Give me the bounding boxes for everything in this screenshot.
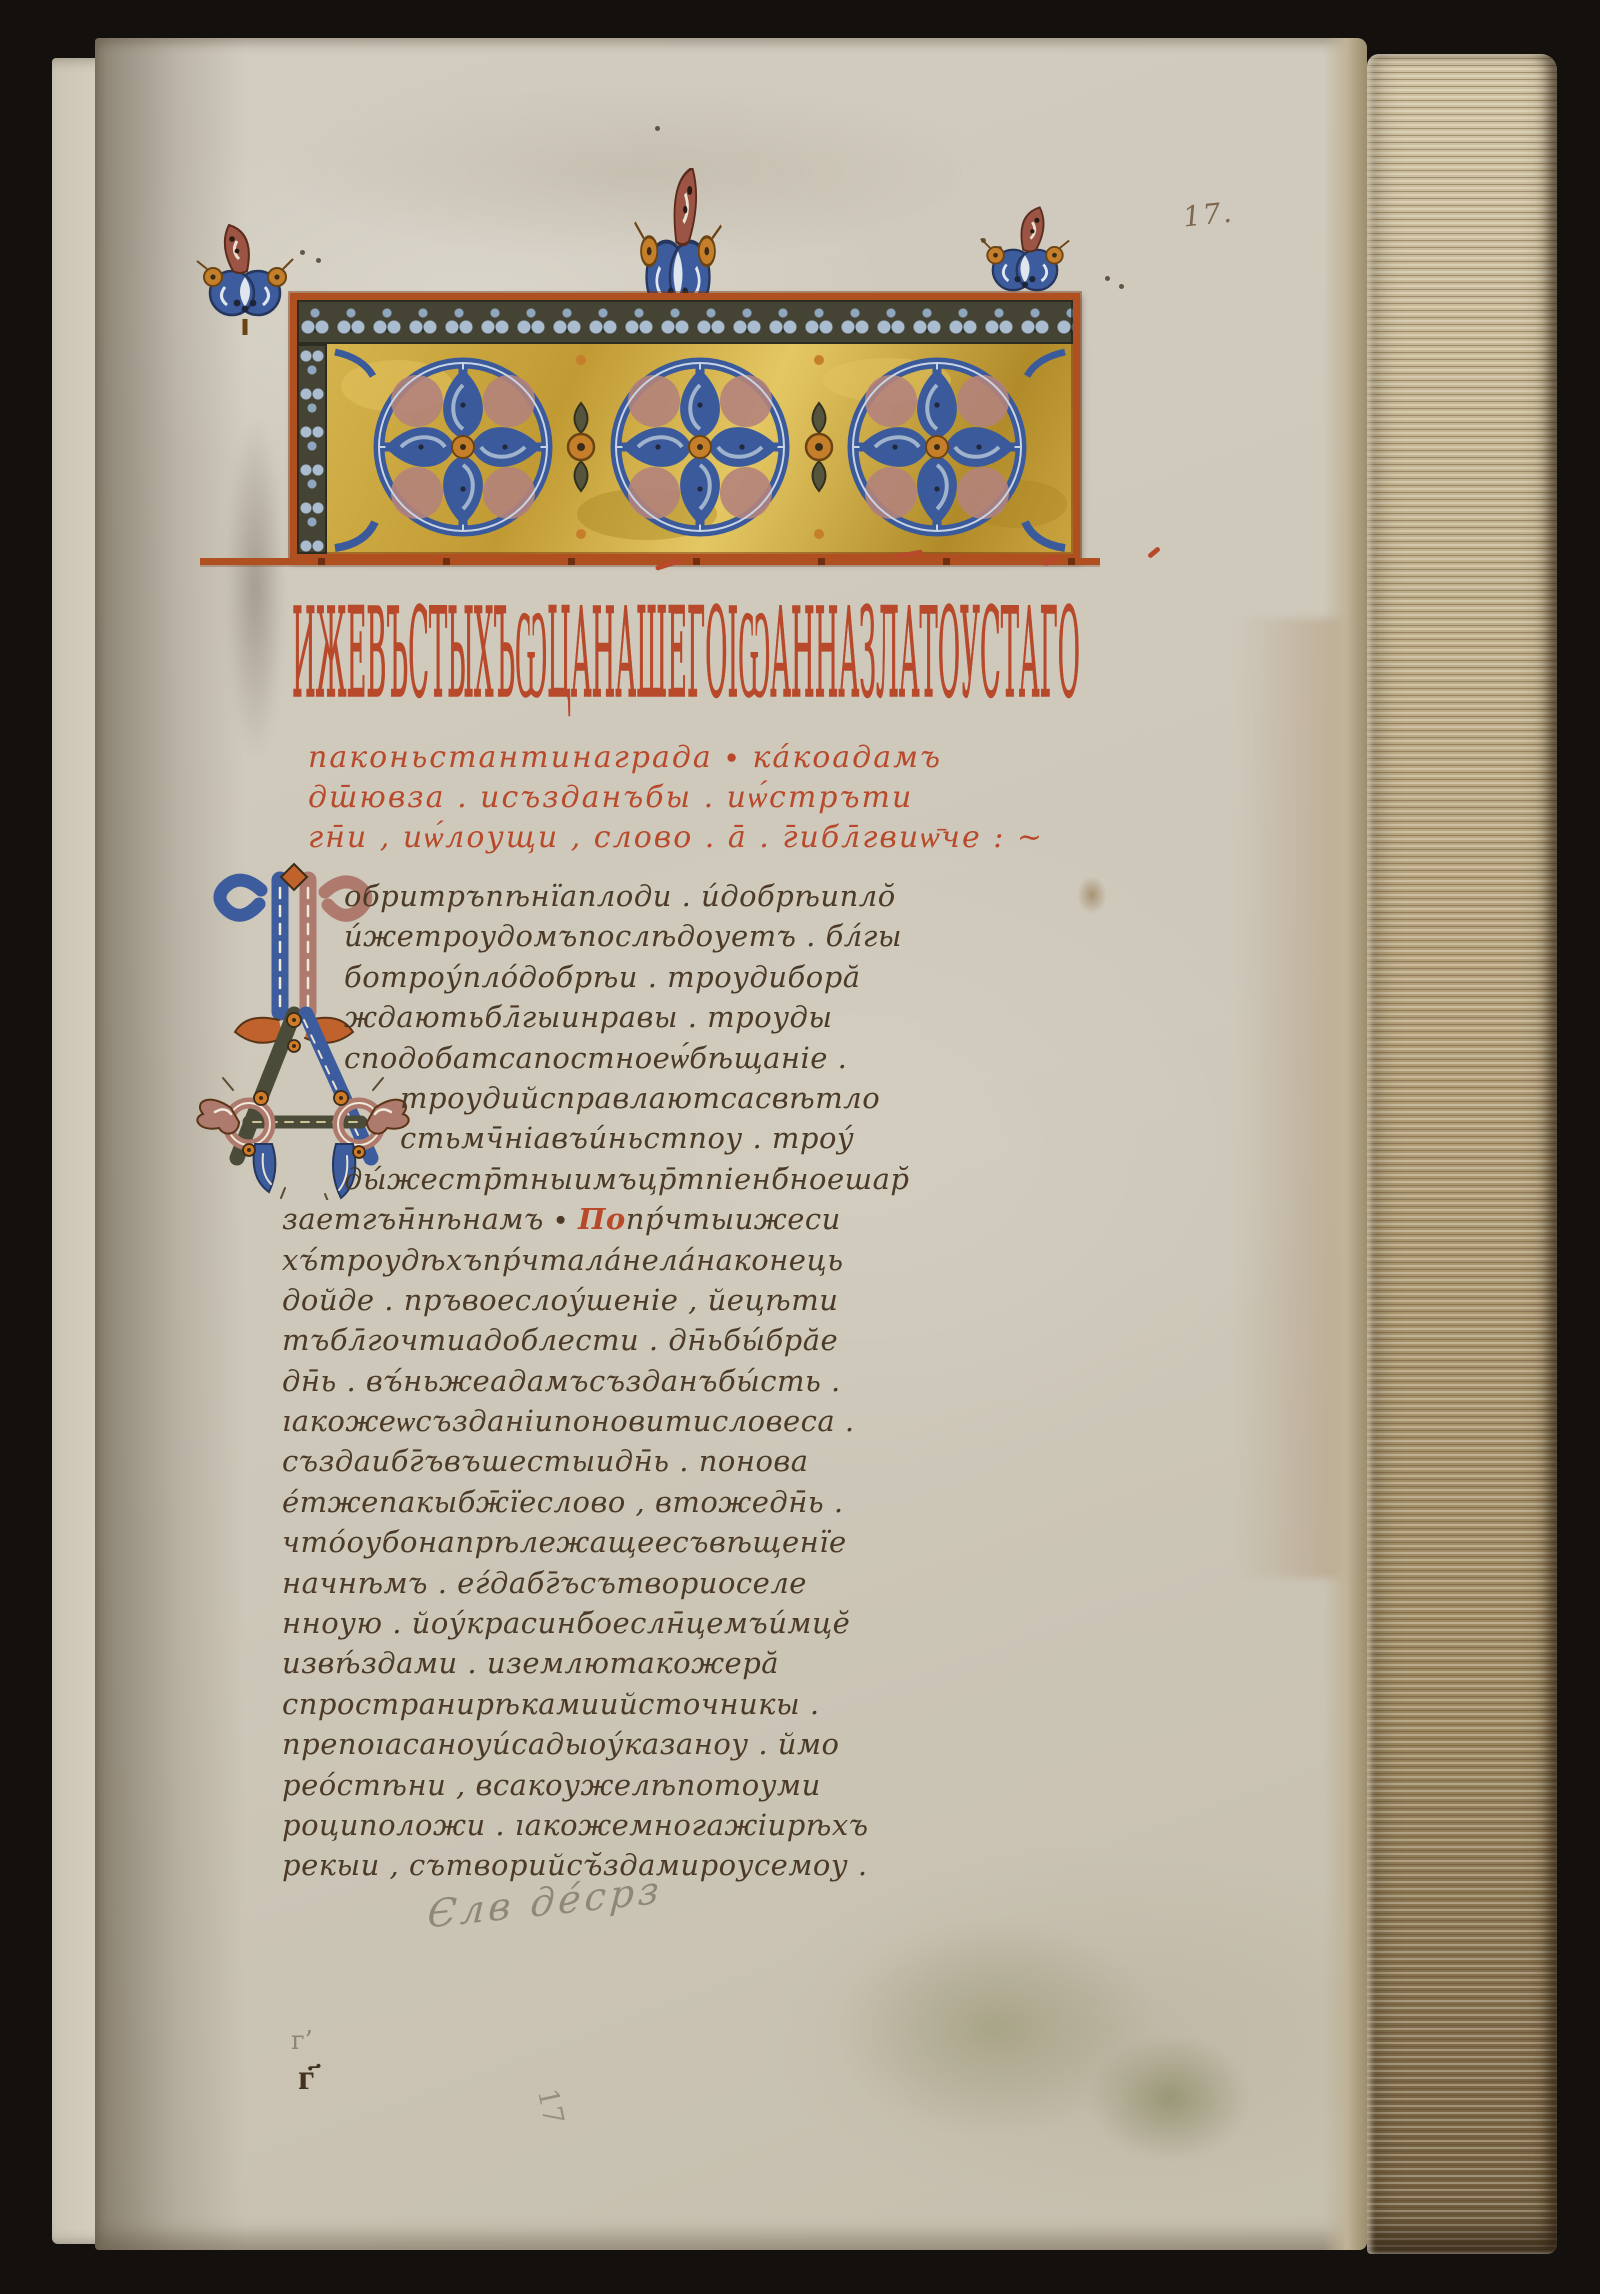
stain xyxy=(1055,2008,1285,2188)
quire-mark: г҃ xyxy=(298,2056,314,2098)
text-run-ink: тъбл̄гочтиадоблести . дн̄ьбы́брӑе xyxy=(282,1323,838,1357)
text-line: что́оубонапрѣлежащеесъвѣщенїе xyxy=(282,1522,1122,1562)
body-text-block: обритръпѣнїаплоди . и́добрѣипло̆и́жетроу… xyxy=(282,876,1122,1886)
stain xyxy=(775,1878,1215,2178)
text-line: начнѣмъ . еѓдабг̄ъсътвориоселе xyxy=(282,1563,1122,1603)
text-run-ink: ды́жестр̄тныимъцр̄тпіенб̄ноешар̆ xyxy=(344,1162,909,1196)
text-run-red: По xyxy=(578,1202,626,1236)
ink-speck xyxy=(1119,284,1124,289)
text-run-ink: рео́стѣни , всакоужелѣпотоуми xyxy=(282,1768,821,1802)
text-run-ink: дойде . пръвоеслоу́шеніе , йецѣти xyxy=(282,1283,838,1317)
text-run-ink: что́оубонапрѣлежащеесъвѣщенїе xyxy=(282,1525,847,1559)
text-run-ink: ботроу́пло́добрѣи . троудиборӑ xyxy=(344,960,861,994)
text-run-ink: извѣ́здами . иземлютакожерӑ xyxy=(282,1646,779,1680)
palmette-band-icon xyxy=(297,300,1073,344)
rubric-line: паконьстантинаграда ∙ ка́коадамъ xyxy=(308,738,1188,778)
text-run-ink: е́тжепакыбж̄їеслово , втожедн̄ь . xyxy=(282,1485,844,1519)
finial-left-icon xyxy=(195,224,295,336)
text-line: ждаютьбл̄гыинравы . троуды xyxy=(282,997,1122,1037)
text-run-ink: ждаютьбл̄гыинравы . троуды xyxy=(344,1000,833,1034)
page-edge-shading xyxy=(1323,38,1367,2250)
quire-mark-faint: г’ xyxy=(291,2026,313,2056)
text-run-ink: роциположи . ıакожемногажіирѣхъ xyxy=(282,1808,869,1842)
rubric-line: дш̄ювза . исъзданъбы . иѡ́стръти xyxy=(308,778,1188,818)
manuscript-page: 17. xyxy=(95,38,1367,2250)
text-run-ink: пр́чтыижеси xyxy=(626,1202,841,1236)
book-fore-edge xyxy=(1367,54,1557,2254)
text-run-ink: ıакожеѡсъзданіипоновитисловеса . xyxy=(282,1404,855,1438)
text-run-ink: начнѣмъ . еѓдабг̄ъсътвориоселе xyxy=(282,1566,807,1600)
text-line: троудийсправлаютсасвѣтло xyxy=(282,1078,1122,1118)
text-line: ботроу́пло́добрѣи . троудиборӑ xyxy=(282,957,1122,997)
text-line: заетгън̄нѣнамъ ∙ Попр́чтыижеси xyxy=(282,1199,1122,1239)
text-line: роциположи . ıакожемногажіирѣхъ xyxy=(282,1805,1122,1845)
text-run-ink: нноую . йоу́красинб̄оеслн̄цемъи́мцӗ xyxy=(282,1606,850,1640)
text-run-ink: заетгън̄нѣнамъ ∙ xyxy=(282,1202,578,1236)
rubric-block: паконьстантинаграда ∙ ка́коадамъдш̄ювза … xyxy=(308,738,1188,858)
book-photograph: 17. xyxy=(0,0,1600,2294)
text-line: обритръпѣнїаплоди . и́добрѣипло̆ xyxy=(282,876,1122,916)
text-line: сподобатсапостноеѡ́бѣщаніе . xyxy=(282,1038,1122,1078)
text-run-ink: хъ́троудѣхъпр́чтала́нела́наконець xyxy=(282,1243,843,1277)
text-line: е́тжепакыбж̄їеслово , втожедн̄ь . xyxy=(282,1482,1122,1522)
text-run-ink: и́жетроудомъпослѣдоуетъ . бл́гы xyxy=(344,919,902,953)
ink-speck xyxy=(655,126,660,131)
text-run-ink: дн̄ь . въ́ньжеадамъсъзданъбы́сть . xyxy=(282,1364,841,1398)
ink-speck xyxy=(300,250,305,255)
text-line: дойде . пръвоеслоу́шеніе , йецѣти xyxy=(282,1280,1122,1320)
text-line: тъбл̄гочтиадоблести . дн̄ьбы́брӑе xyxy=(282,1320,1122,1360)
text-line: създаибг̄ъвъшестыидн̄ь . понова xyxy=(282,1441,1122,1481)
text-line: стьмч̄ніавъи́ньстпоу . троу́ xyxy=(282,1118,1122,1158)
rubric-line: гн̄и , иѡ́лоущи , слово . а̄ . г̄ибл̄гви… xyxy=(308,818,1188,858)
headpiece-base-rule xyxy=(200,558,1100,565)
headpiece-ornament xyxy=(290,293,1080,561)
text-line: извѣ́здами . иземлютакожерӑ xyxy=(282,1643,1122,1683)
vyaz-title-block: ИЖЕВЪСТЫХЪѠЦАНАШЕГОІѠАННАЗЛАТОУСТАГО xyxy=(290,584,1085,720)
text-run-ink: троудийсправлаютсасвѣтло xyxy=(400,1081,880,1115)
pencil-foliation: 17 xyxy=(531,2086,571,2128)
text-run-ink: стьмч̄ніавъи́ньстпоу . троу́ xyxy=(400,1121,854,1155)
folio-number: 17. xyxy=(1181,195,1235,233)
vyaz-title-text: ИЖЕВЪСТЫХЪѠЦАНАШЕГОІѠАННАЗЛАТОУСТАГО xyxy=(292,584,1080,720)
ink-speck xyxy=(1105,276,1110,281)
text-line: хъ́троудѣхъпр́чтала́нела́наконець xyxy=(282,1240,1122,1280)
text-line: ıакожеѡсъзданіипоновитисловеса . xyxy=(282,1401,1122,1441)
text-line: рео́стѣни , всакоужелѣпотоуми xyxy=(282,1765,1122,1805)
text-run-ink: създаибг̄ъвъшестыидн̄ь . понова xyxy=(282,1444,809,1478)
text-run-ink: обритръпѣнїаплоди . и́добрѣипло̆ xyxy=(344,879,896,913)
text-line: ды́жестр̄тныимъцр̄тпіенб̄ноешар̆ xyxy=(282,1159,1122,1199)
text-line: препоıасаноуи́садыоу́казаноу . ймо xyxy=(282,1724,1122,1764)
palmette-band-icon xyxy=(297,344,327,554)
text-line: и́жетроудомъпослѣдоуетъ . бл́гы xyxy=(282,916,1122,956)
red-accent-mark xyxy=(1147,546,1161,559)
text-line: рекыи , сътворийсъ̆здамироусемоу . xyxy=(282,1845,1122,1885)
text-line: спространирѣкамиийсточникы . xyxy=(282,1684,1122,1724)
text-line: дн̄ь . въ́ньжеадамъсъзданъбы́сть . xyxy=(282,1361,1122,1401)
interlaced-quatrefoil-ornament-icon xyxy=(327,344,1073,554)
text-line: нноую . йоу́красинб̄оеслн̄цемъи́мцӗ xyxy=(282,1603,1122,1643)
ink-speck xyxy=(316,258,321,263)
text-run-ink: препоıасаноуи́садыоу́казаноу . ймо xyxy=(282,1727,839,1761)
text-run-ink: спространирѣкамиийсточникы . xyxy=(282,1687,820,1721)
text-run-ink: сподобатсапостноеѡ́бѣщаніе . xyxy=(344,1041,847,1075)
